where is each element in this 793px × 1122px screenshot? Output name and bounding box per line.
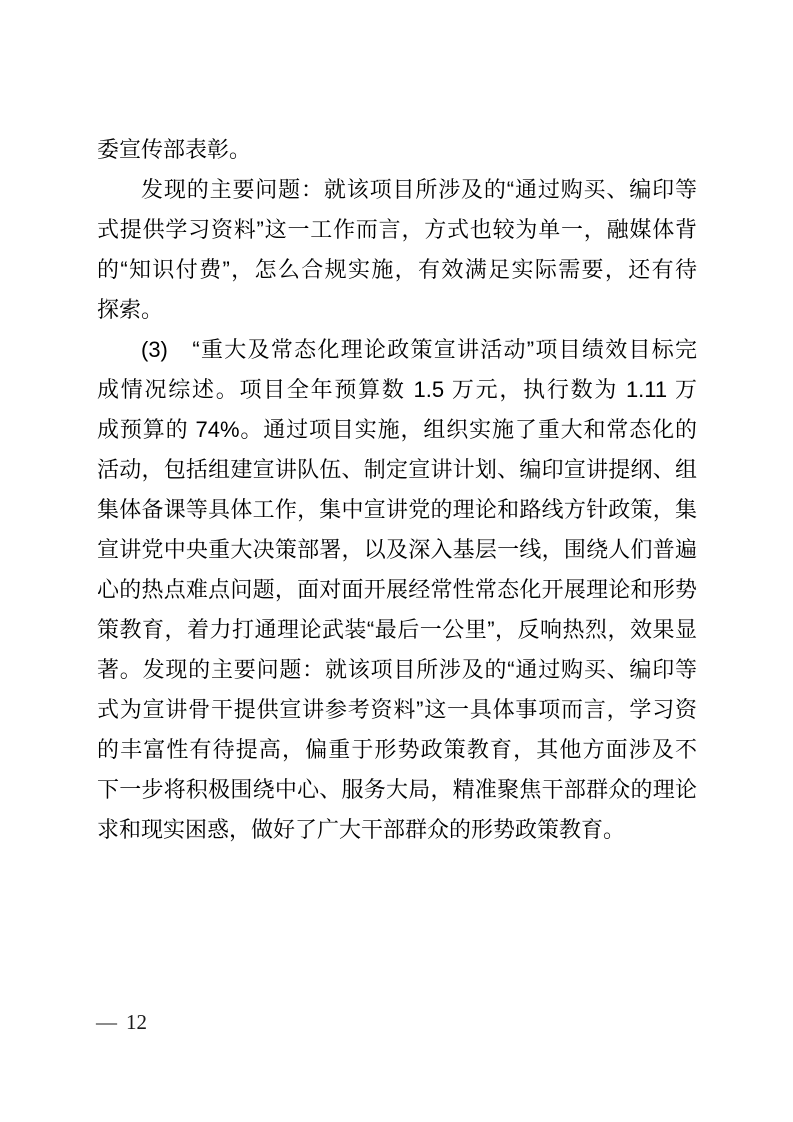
text-line: 集体备课等具体工作，集中宣讲党的理论和路线方针政策，集中 bbox=[97, 490, 697, 530]
page-number: 12 bbox=[126, 1010, 147, 1034]
document-body: 委宣传部表彰。 发现的主要问题：就该项目所涉及的“通过购买、编印等方 式提供学习… bbox=[97, 130, 697, 850]
text-line: 宣讲党中央重大决策部署，以及深入基层一线，围绕人们普遍关 bbox=[97, 530, 697, 570]
text-line: 下一步将积极围绕中心、服务大局，精准聚焦干部群众的理论需 bbox=[97, 770, 697, 810]
text-line: 著。发现的主要问题：就该项目所涉及的“通过购买、编印等方 bbox=[97, 650, 697, 690]
text-line: 的丰富性有待提高，偏重于形势政策教育，其他方面涉及不多。 bbox=[97, 730, 697, 770]
text-line: 活动，包括组建宣讲队伍、制定宣讲计划、编印宣讲提纲、组织 bbox=[97, 450, 697, 490]
text-line: 发现的主要问题：就该项目所涉及的“通过购买、编印等方 bbox=[97, 170, 697, 210]
text-line: 的“知识付费”，怎么合规实施，有效满足实际需要，还有待 bbox=[97, 250, 697, 290]
text-line: 式提供学习资料”这一工作而言，方式也较为单一，融媒体背景 bbox=[97, 210, 697, 250]
text-line: (3) “重大及常态化理论政策宣讲活动”项目绩效目标完 bbox=[97, 330, 697, 370]
text-line: 委宣传部表彰。 bbox=[97, 130, 697, 170]
text-line: 心的热点难点问题，面对面开展经常性常态化开展理论和形势政 bbox=[97, 570, 697, 610]
footer-dash: — bbox=[96, 1010, 117, 1034]
text-line: 成情况综述。项目全年预算数 1.5 万元，执行数为 1.11 万元，完 bbox=[97, 370, 697, 410]
text-line: 策教育，着力打通理论武装“最后一公里”，反响热烈，效果显 bbox=[97, 610, 697, 650]
text-line: 式为宣讲骨干提供宣讲参考资料”这一具体事项而言，学习资料 bbox=[97, 690, 697, 730]
page-footer: —12 bbox=[96, 1006, 147, 1038]
text-line: 成预算的 74%。通过项目实施，组织实施了重大和常态化的宣讲 bbox=[97, 410, 697, 450]
text-line: 求和现实困惑，做好了广大干部群众的形势政策教育。 bbox=[97, 810, 697, 850]
document-page: 委宣传部表彰。 发现的主要问题：就该项目所涉及的“通过购买、编印等方 式提供学习… bbox=[0, 0, 793, 1122]
text-line: 探索。 bbox=[97, 290, 697, 330]
